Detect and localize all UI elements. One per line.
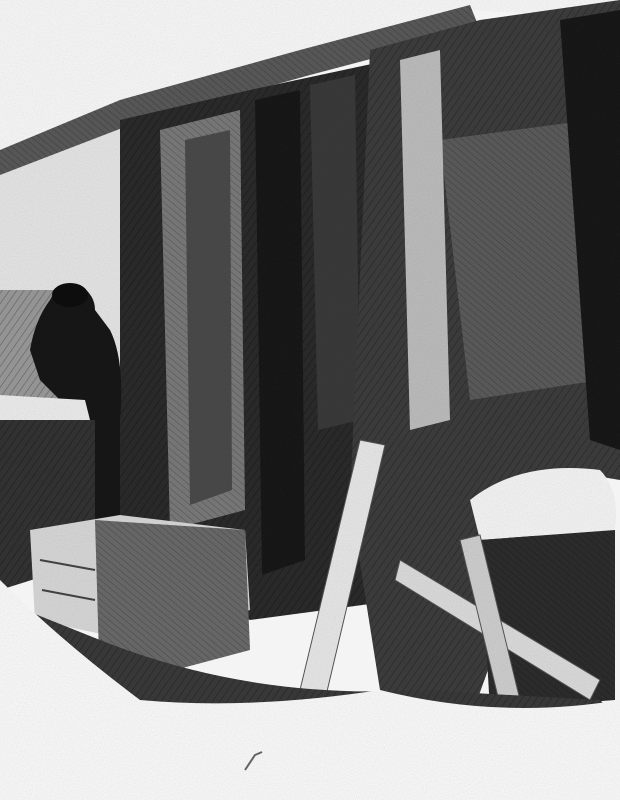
sketch-scene	[0, 0, 620, 800]
door-panel-dark	[255, 90, 305, 575]
door-panel-right	[310, 75, 360, 430]
door-panel-inner	[185, 130, 232, 505]
sketch-canvas	[0, 0, 620, 800]
person-hat	[52, 283, 88, 307]
